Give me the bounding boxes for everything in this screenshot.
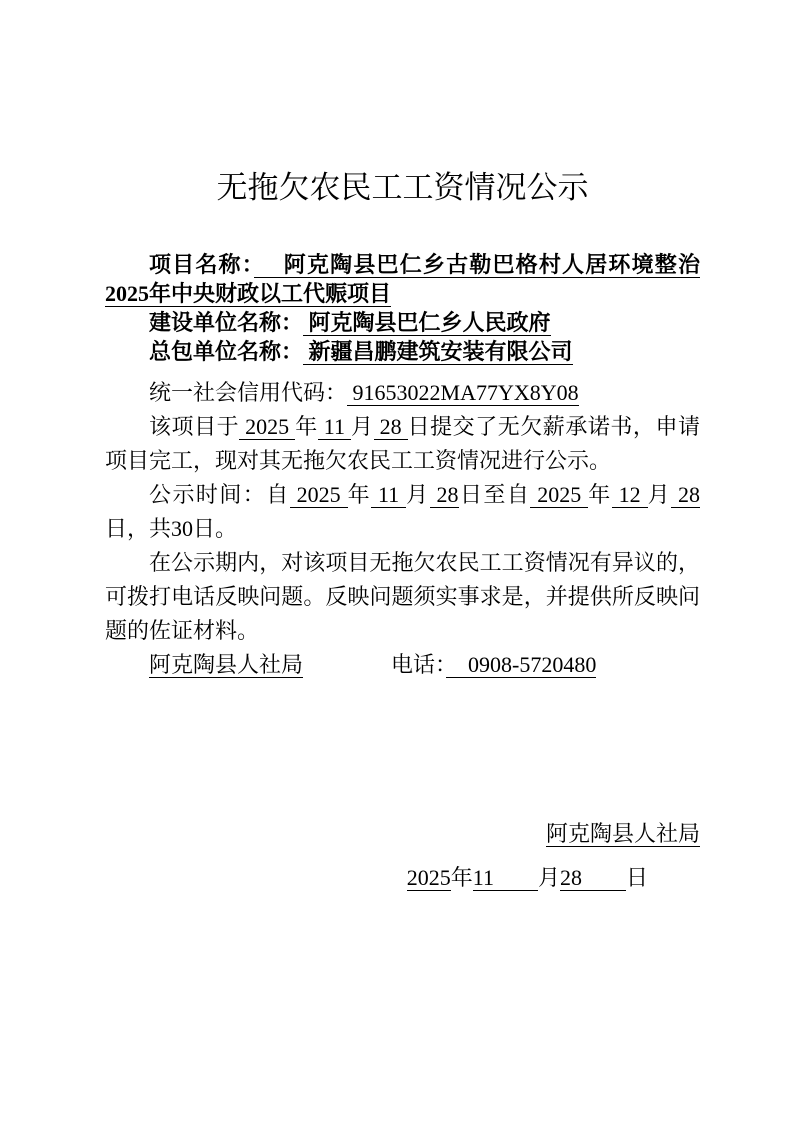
document-title: 无拖欠农民工工资情况公示 xyxy=(105,168,700,208)
underlined-value: 2025 xyxy=(407,865,451,891)
underlined-value: 28 xyxy=(560,865,626,891)
text-segment: 总包单位名称： xyxy=(149,339,303,364)
page: { "colors": { "background": "#ffffff", "… xyxy=(0,0,793,1122)
text-segment: 日 xyxy=(626,865,648,890)
signature-block: 阿克陶县人社局 2025年11 月28 日 xyxy=(105,817,700,895)
underlined-value: 阿克陶县人社局 xyxy=(149,652,303,678)
paragraph-submission: 该项目于 2025 年 11 月 28 日提交了无欠薪承诺书，申请项目完工，现对… xyxy=(105,410,700,478)
text-segment: 月 xyxy=(406,482,429,507)
underlined-value: 28 xyxy=(374,414,408,440)
text-segment: 建设单位名称： xyxy=(149,310,303,335)
paragraph-publicity-period: 公示时间：自 2025 年 11 月 28日至自 2025 年 12 月 28日… xyxy=(105,478,700,546)
underlined-value: 11 xyxy=(473,865,538,891)
paragraph-contractor: 总包单位名称： 新疆昌鹏建筑安装有限公司 xyxy=(105,337,700,366)
paragraph-project-name: 项目名称： 阿克陶县巴仁乡古勒巴格村人居环境整治2025年中央财政以工代赈项目 xyxy=(105,250,700,308)
underlined-value: 2025 xyxy=(239,414,295,440)
underlined-value: 11 xyxy=(318,414,351,440)
underlined-value: 2025 xyxy=(530,482,588,508)
text-segment: 公示时间：自 xyxy=(149,482,290,507)
paragraph-contact: 阿克陶县人社局 电话： 0908-5720480 xyxy=(105,648,700,682)
inline-spacer xyxy=(303,652,391,677)
underlined-value: 0908-5720480 xyxy=(446,652,596,678)
text-segment: 年 xyxy=(348,482,371,507)
notice-document: 无拖欠农民工工资情况公示 项目名称： 阿克陶县巴仁乡古勒巴格村人居环境整治202… xyxy=(0,0,793,1122)
signature-date: 2025年11 月28 日 xyxy=(105,861,700,895)
text-segment: 在公示期内，对该项目无拖欠农民工工资情况有异议的，可拨打电话反映问题。反映问题须… xyxy=(105,550,700,643)
text-segment: 月 xyxy=(351,414,374,439)
underlined-value: 91653022MA77YX8Y08 xyxy=(347,380,579,406)
signature-agency: 阿克陶县人社局 xyxy=(546,821,700,847)
text-segment: 电话： xyxy=(391,652,446,677)
underlined-value: 阿克陶县巴仁乡人民政府 xyxy=(303,310,551,336)
text-segment: 日，共30日。 xyxy=(105,516,237,541)
text-segment: 月 xyxy=(538,865,560,890)
underlined-value: 12 xyxy=(612,482,648,508)
text-segment: 年 xyxy=(588,482,611,507)
text-segment: 统一社会信用代码： xyxy=(149,380,347,405)
text-segment: 年 xyxy=(295,414,318,439)
document-body: 项目名称： 阿克陶县巴仁乡古勒巴格村人居环境整治2025年中央财政以工代赈项目建… xyxy=(105,250,700,682)
underlined-value: 28 xyxy=(671,482,700,508)
paragraph-builder: 建设单位名称： 阿克陶县巴仁乡人民政府 xyxy=(105,308,700,337)
underlined-value: 11 xyxy=(371,482,406,508)
underlined-value: 2025 xyxy=(290,482,348,508)
underlined-value: 28 xyxy=(430,482,459,508)
text-segment: 年 xyxy=(451,865,473,890)
text-segment: 该项目于 xyxy=(149,414,239,439)
text-segment: 项目名称： xyxy=(149,252,254,277)
text-segment: 日至自 xyxy=(459,482,531,507)
text-segment: 月 xyxy=(648,482,671,507)
paragraph-credit-code: 统一社会信用代码： 91653022MA77YX8Y08 xyxy=(105,376,700,410)
paragraph-objection: 在公示期内，对该项目无拖欠农民工工资情况有异议的，可拨打电话反映问题。反映问题须… xyxy=(105,546,700,648)
signature-agency-line: 阿克陶县人社局 xyxy=(105,817,700,851)
underlined-value: 新疆昌鹏建筑安装有限公司 xyxy=(303,339,573,365)
